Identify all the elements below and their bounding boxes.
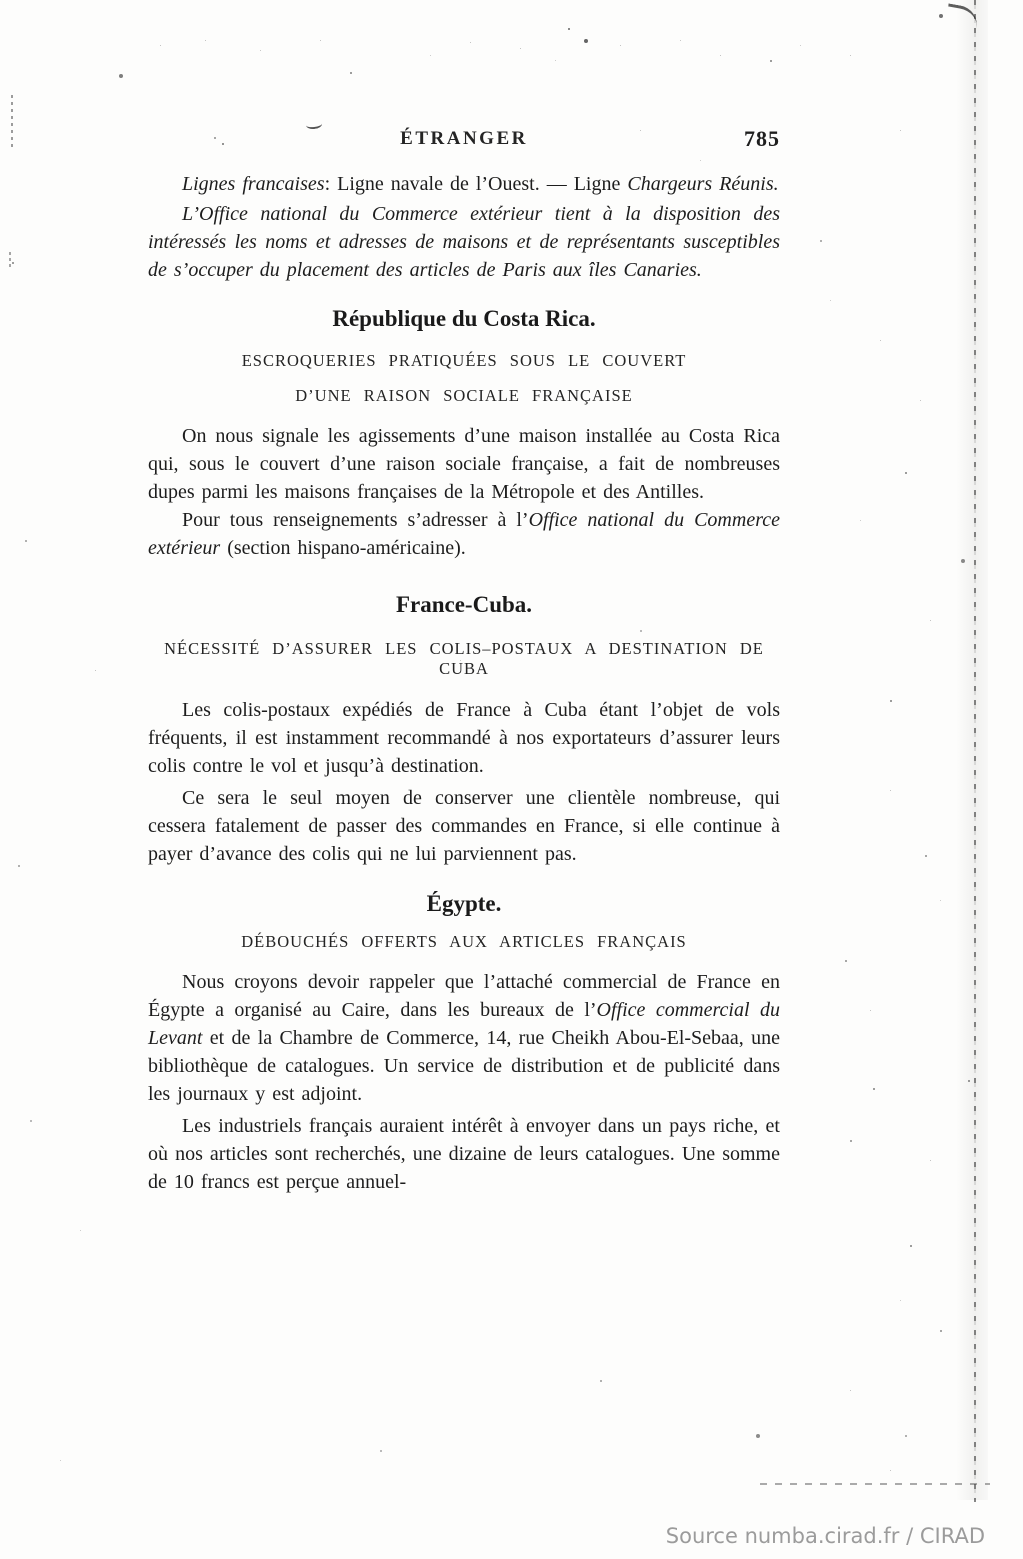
paragraph-egypte-2: Les industriels français auraient intérê…: [148, 1112, 780, 1196]
section-subtitle: NÉCESSITÉ D’ASSURER LES COLIS–POSTAUX A …: [148, 639, 780, 679]
section-title-costa-rica: République du Costa Rica.: [148, 306, 780, 332]
paragraph-lignes-francaises: Lignes francaises: Ligne navale de l’Oue…: [148, 170, 780, 198]
paragraph-costa-rica-1: On nous signale les agissements d’une ma…: [148, 422, 780, 506]
running-head: ÉTRANGER 785: [148, 128, 780, 150]
paragraph-france-cuba-2: Ce sera le seul moyen de conserver une c…: [148, 784, 780, 868]
section-title-france-cuba: France-Cuba.: [148, 592, 780, 618]
paragraph-text-italic: Chargeurs Réunis.: [627, 173, 778, 195]
paragraph-text: Pour tous renseignements s’adresser à l’: [182, 509, 529, 531]
scanned-document-page: ÉTRANGER 785 Lignes francaises: Ligne na…: [0, 0, 1023, 1559]
section-subtitle-line1: ESCROQUERIES PRATIQUÉES SOUS LE COUVERT: [148, 351, 780, 371]
source-watermark: Source numba.cirad.fr / CIRAD: [666, 1524, 985, 1548]
paragraph-text: (section hispano-américaine).: [220, 537, 466, 559]
paragraph-office-national: L’Office national du Commerce extérieur …: [148, 200, 780, 284]
paragraph-france-cuba-1: Les colis-postaux expédiés de France à C…: [148, 696, 780, 780]
paragraph-text: et de la Chambre de Commerce, 14, rue Ch…: [148, 1027, 780, 1105]
paragraph-text: : Ligne navale de l’Ouest. — Ligne: [325, 173, 628, 195]
running-title: ÉTRANGER: [148, 128, 780, 150]
scan-artifact: [9, 252, 11, 268]
section-title-egypte: Égypte.: [148, 890, 780, 918]
page-edge-line: [974, 0, 976, 1502]
page-number: 785: [744, 126, 780, 152]
paragraph-text-italic: Lignes francaises: [182, 173, 325, 195]
text-column: ÉTRANGER 785 Lignes francaises: Ligne na…: [148, 128, 780, 1196]
section-subtitle: DÉBOUCHÉS OFFERTS AUX ARTICLES FRANÇAIS: [148, 932, 780, 952]
section-subtitle-line2: D’UNE RAISON SOCIALE FRANÇAISE: [148, 386, 780, 406]
scan-artifact: [760, 1483, 990, 1485]
paragraph-egypte-1: Nous croyons devoir rappeler que l’attac…: [148, 968, 780, 1108]
scan-noise: [0, 0, 1, 1]
scan-artifact: [11, 95, 13, 147]
page-edge-shading: [956, 0, 988, 1500]
paragraph-costa-rica-2: Pour tous renseignements s’adresser à l’…: [148, 506, 780, 562]
